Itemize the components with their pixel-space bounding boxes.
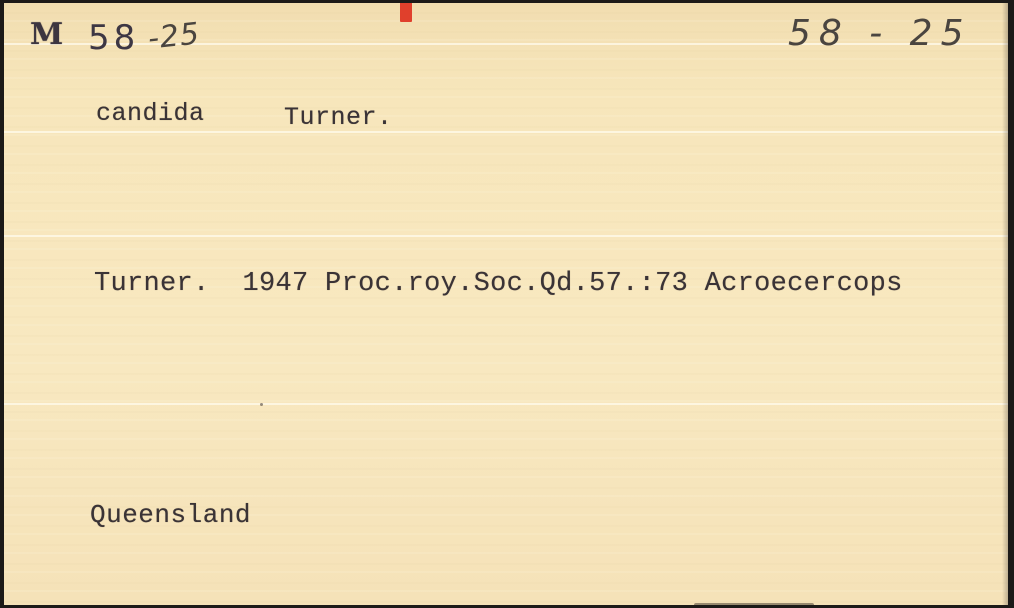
card-rule-line xyxy=(4,403,1008,405)
index-card: M 58 -25 58 - 25 candida Turner. Turner.… xyxy=(4,3,1008,605)
reference-citation: 1947 Proc.roy.Soc.Qd.57.:73 Acroecercops xyxy=(243,269,903,299)
card-edge-shadow xyxy=(694,603,814,605)
stamped-number: 58 xyxy=(88,18,139,58)
species-author: Turner. xyxy=(284,103,393,132)
paper-speck xyxy=(260,403,263,406)
locality: Queensland xyxy=(90,500,251,530)
species-name: candida xyxy=(96,99,205,128)
card-rule-line xyxy=(4,131,1008,133)
reference-author: Turner. xyxy=(94,269,210,299)
handwritten-suffix: -25 xyxy=(146,16,201,56)
red-tab-marker xyxy=(400,3,412,22)
collection-prefix: M xyxy=(30,17,62,52)
card-rule-line xyxy=(4,235,1008,237)
handwritten-corner-number: 58 - 25 xyxy=(788,13,972,54)
reference-line: Turner. 1947 Proc.roy.Soc.Qd.57.:73 Acro… xyxy=(94,269,903,299)
